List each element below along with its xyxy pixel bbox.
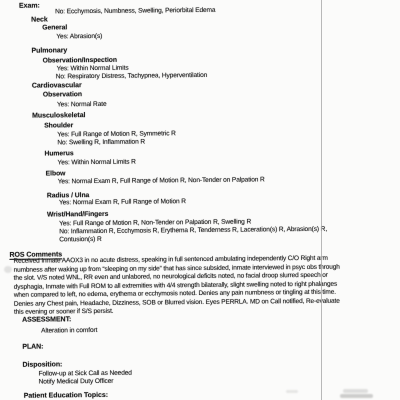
exam-heading: Exam: <box>19 3 40 10</box>
finding-line: No: Respiratory Distress, Tachypnea, Hyp… <box>56 72 208 80</box>
scan-smudge <box>4 266 12 273</box>
exam-subsection-elbow: Elbow <box>46 170 66 177</box>
disposition-item: Notify Medical Duty Officer <box>39 378 114 386</box>
finding-line: No: Inflammation R, Ecchymosis R, Erythe… <box>59 226 327 236</box>
patient-education-heading: Patient Education Topics: <box>24 392 108 400</box>
exam-subsection-observation: Observation <box>43 91 82 98</box>
scan-smudge <box>286 390 298 393</box>
disposition-heading: Disposition: <box>22 361 62 368</box>
exam-section-musculoskeletal: Musculoskeletal <box>32 112 85 120</box>
assessment-finding: Alteration in comfort <box>41 326 97 334</box>
finding-line: Yes: Within Normal Limits <box>57 64 129 72</box>
document-content: Exam: No: Ecchymosis, Numbness, Swelling… <box>0 0 400 400</box>
finding-line: No: Swelling R, Inflammation R <box>57 139 145 147</box>
exam-subsection-general: General <box>42 24 67 31</box>
finding-line-continuation: Contusion(s) R <box>59 236 101 243</box>
finding-line: Yes: Within Normal Limits R <box>58 159 136 167</box>
ros-comments-line: Denies any Chest pain, Headache, Dizzine… <box>14 297 340 307</box>
exam-section-cardiovascular: Cardiovascular <box>32 82 82 89</box>
plan-heading: PLAN: <box>22 343 43 350</box>
exam-section-pulmonary: Pulmonary <box>31 47 67 54</box>
exam-section-neck: Neck <box>31 16 48 23</box>
finding-line: Yes: Normal Rate <box>57 100 107 107</box>
assessment-heading: ASSESSMENT: <box>22 316 71 323</box>
exam-subsection-wrist-hand-fingers: Wrist/Hand/Fingers <box>47 211 108 219</box>
ros-comments-line: this evening or sooner if S/S persist. <box>14 308 114 316</box>
exam-subsection-observation-inspection: Observation/Inspection <box>43 56 118 64</box>
exam-subsection-humerus: Humerus <box>44 150 73 157</box>
finding-line: Yes: Abrasion(s) <box>56 32 102 39</box>
scanned-medical-note-page: Exam: No: Ecchymosis, Numbness, Swelling… <box>0 0 400 400</box>
finding-line: Yes: Normal Exam R, Full Range of Motion… <box>58 176 265 185</box>
finding-line: Yes: Full Range of Motion R, Symmetric R <box>57 130 176 138</box>
scan-smudge <box>340 394 373 398</box>
exam-finding-line: No: Ecchymosis, Numbness, Swelling, Peri… <box>55 6 215 15</box>
exam-subsection-shoulder: Shoulder <box>44 122 73 129</box>
scan-smudge <box>343 389 368 393</box>
scan-fold-line <box>321 0 322 400</box>
disposition-item: Follow-up at Sick Call as Needed <box>39 369 132 377</box>
finding-line: Yes: Normal Exam R, Full Range of Motion… <box>59 198 186 206</box>
